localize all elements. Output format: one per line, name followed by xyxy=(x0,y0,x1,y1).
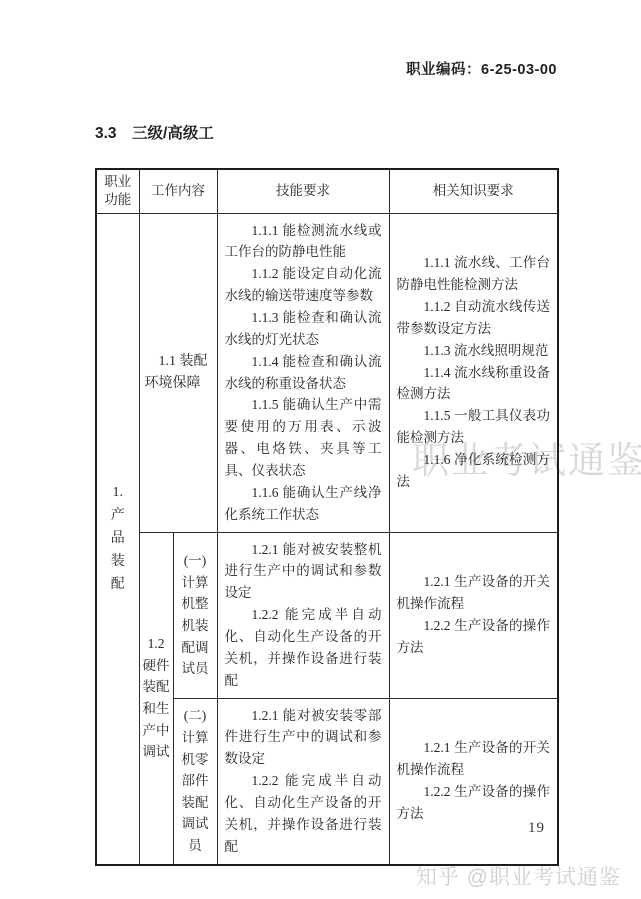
work-sub-label: (二)计算机零部件装配调试员 xyxy=(181,705,210,856)
requirement-item: 1.1.5 一般工具仪表功能检测方法 xyxy=(397,405,551,449)
skills-cell-1-2a: 1.2.1 能对被安装整机进行生产中的调试和参数设定1.2.2 能完成半自动化、… xyxy=(217,532,389,698)
document-page: 职业编码：6-25-03-00 3.3 三级/高级工 职业考试通鉴 职业功能 工… xyxy=(0,0,641,899)
requirement-item: 1.2.1 生产设备的开关机操作流程 xyxy=(397,737,551,781)
function-label: 1. 产品装配 xyxy=(109,481,126,596)
work-sub-label: (一)计算机整机装配调试员 xyxy=(181,550,210,680)
requirement-item: 1.1.3 能检查和确认流水线的灯光状态 xyxy=(225,307,382,351)
col-header-occupational-function: 职业功能 xyxy=(96,169,139,213)
requirement-item: 1.1.2 能设定自动化流水线的输送带速度等参数 xyxy=(225,263,382,307)
section-title: 3.3 三级/高级工 xyxy=(95,121,214,143)
work-content-cell-1-2: 1.2 硬件装配和生产中调试 xyxy=(139,532,173,865)
requirement-item: 1.2.2 能完成半自动化、自动化生产设备的开关机，并操作设备进行装配 xyxy=(225,604,382,691)
function-cell: 1. 产品装配 xyxy=(96,213,139,865)
occupation-code: 职业编码：6-25-03-00 xyxy=(406,58,557,79)
requirement-item: 1.2.2 能完成半自动化、自动化生产设备的开关机，并操作设备进行装配 xyxy=(225,770,382,857)
requirement-item: 1.1.5 能确认生产中需要使用的万用表、示波器、电烙铁、夹具等工具、仪表状态 xyxy=(225,394,382,481)
knowledge-cell-1-2a: 1.2.1 生产设备的开关机操作流程1.2.2 生产设备的操作方法 xyxy=(389,532,558,698)
work-subcell-assembler-2: (二)计算机零部件装配调试员 xyxy=(173,698,217,865)
requirement-item: 1.2.1 能对被安装整机进行生产中的调试和参数设定 xyxy=(225,539,382,605)
requirement-item: 1.1.4 流水线称重设备检测方法 xyxy=(397,362,551,406)
work-content-label: 1.2 硬件装配和生产中调试 xyxy=(142,633,171,763)
requirement-item: 1.2.1 生产设备的开关机操作流程 xyxy=(397,571,551,615)
col-header-skill-requirements: 技能要求 xyxy=(217,169,389,213)
skills-cell-1-1: 1.1.1 能检测流水线或工作台的防静电性能1.1.2 能设定自动化流水线的输送… xyxy=(217,213,389,532)
table-row: 1.2 硬件装配和生产中调试 (一)计算机整机装配调试员 1.2.1 能对被安装… xyxy=(96,532,558,698)
table-row: 1. 产品装配 1.1 装配环境保障 1.1.1 能检测流水线或工作台的防静电性… xyxy=(96,213,558,532)
work-content-label: 1.1 装配环境保障 xyxy=(145,351,212,394)
requirement-item: 1.1.1 能检测流水线或工作台的防静电性能 xyxy=(225,220,382,264)
table-header-row: 职业功能 工作内容 技能要求 相关知识要求 xyxy=(96,169,558,213)
knowledge-cell-1-1: 1.1.1 流水线、工作台防静电性能检测方法1.1.2 自动流水线传送带参数设定… xyxy=(389,213,558,532)
requirement-item: 1.1.3 流水线照明规范 xyxy=(397,340,551,362)
col-header-work-content: 工作内容 xyxy=(139,169,217,213)
skills-cell-1-2b: 1.2.1 能对被安装零部件进行生产中的调试和参数设定1.2.2 能完成半自动化… xyxy=(217,698,389,865)
occupational-standard-table: 职业功能 工作内容 技能要求 相关知识要求 1. 产品装配 1.1 装配环境保障… xyxy=(95,168,559,866)
requirement-item: 1.1.4 能检查和确认流水线的称重设备状态 xyxy=(225,351,382,395)
requirement-item: 1.2.1 能对被安装零部件进行生产中的调试和参数设定 xyxy=(225,705,382,771)
requirement-item: 1.2.2 生产设备的操作方法 xyxy=(397,781,551,825)
requirement-item: 1.1.6 能确认生产线净化系统工作状态 xyxy=(225,482,382,526)
requirement-item: 1.2.2 生产设备的操作方法 xyxy=(397,615,551,659)
work-content-cell-1-1: 1.1 装配环境保障 xyxy=(139,213,217,532)
requirement-item: 1.1.6 净化系统检测方法 xyxy=(397,449,551,493)
requirement-item: 1.1.1 流水线、工作台防静电性能检测方法 xyxy=(397,252,551,296)
requirement-item: 1.1.2 自动流水线传送带参数设定方法 xyxy=(397,296,551,340)
knowledge-cell-1-2b: 1.2.1 生产设备的开关机操作流程1.2.2 生产设备的操作方法 xyxy=(389,698,558,865)
col-header-knowledge-requirements: 相关知识要求 xyxy=(389,169,558,213)
work-subcell-assembler-1: (一)计算机整机装配调试员 xyxy=(173,532,217,698)
